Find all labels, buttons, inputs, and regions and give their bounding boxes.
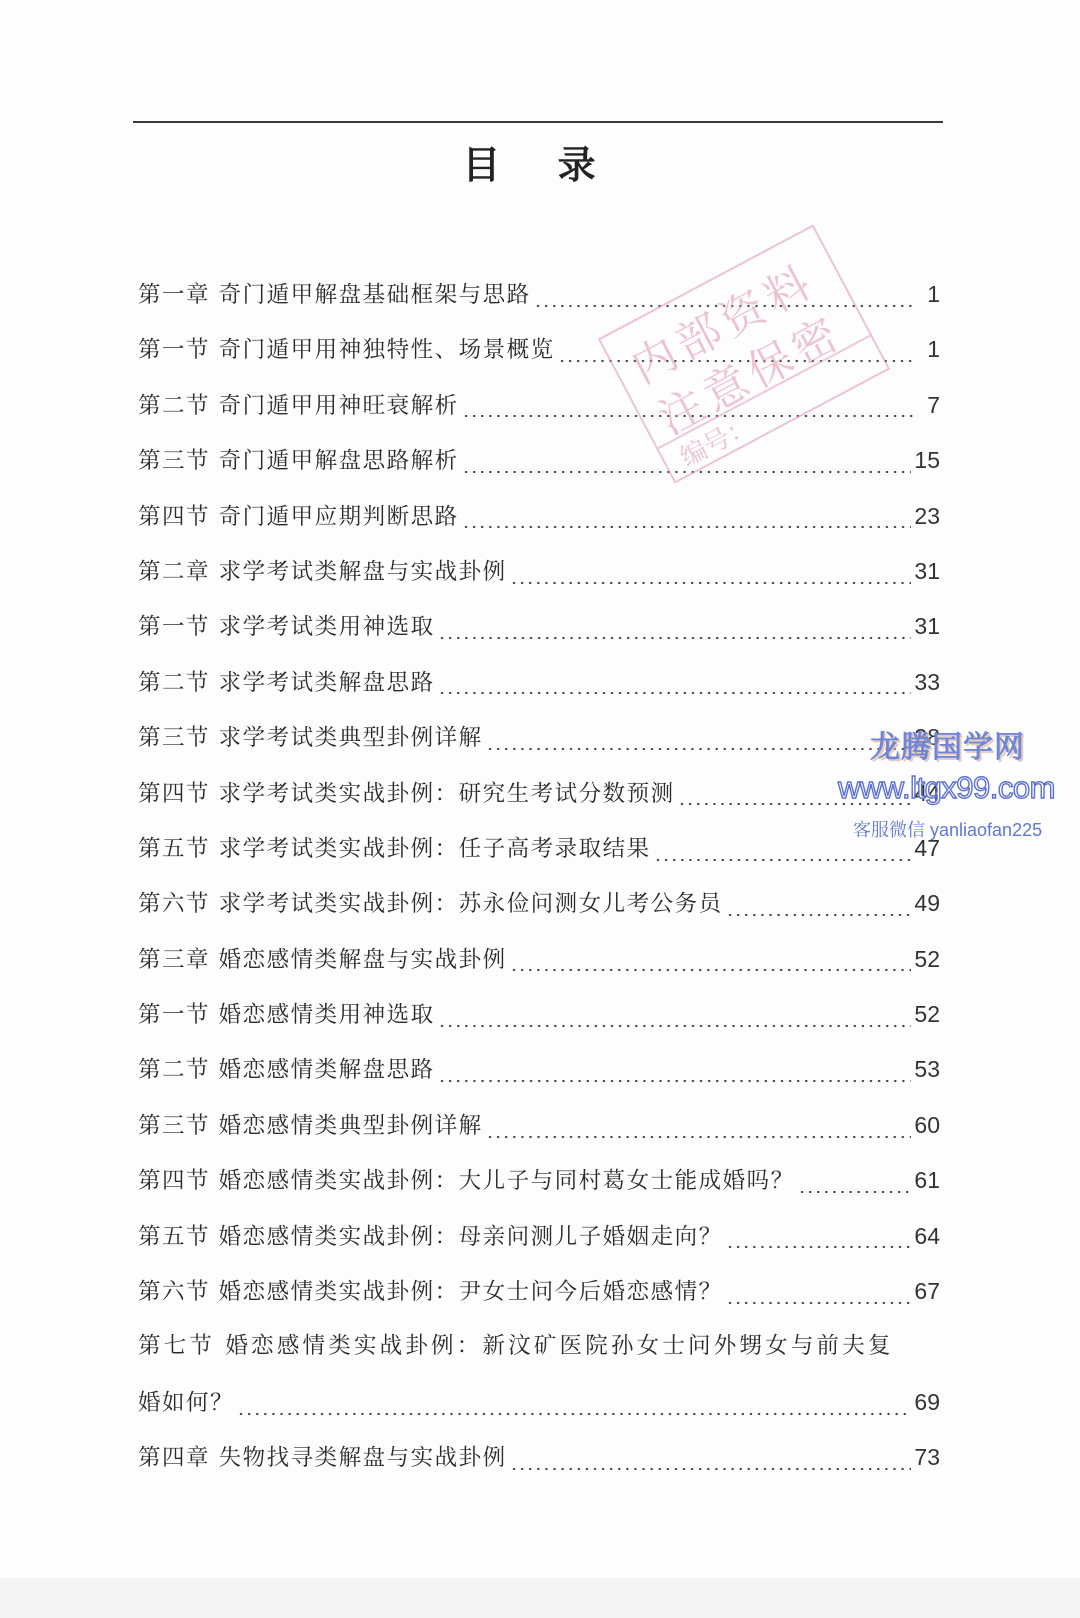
- toc-entry-title: 第四节 婚恋感情类实战卦例：大儿子与同村葛女士能成婚吗？: [138, 1163, 795, 1199]
- dot-leader: [558, 357, 917, 365]
- toc-entry-title: 第三节 奇门遁甲解盘思路解析: [138, 443, 459, 479]
- dot-leader: [237, 1410, 911, 1418]
- toc-entry-page-number: 60: [914, 1107, 940, 1143]
- toc-entry-title: 第三章 婚恋感情类解盘与实战卦例: [138, 942, 507, 978]
- dot-leader: [486, 745, 912, 753]
- toc-entry[interactable]: 第一节 求学考试类用神选取31: [138, 608, 940, 663]
- dot-leader: [654, 856, 912, 864]
- dot-leader: [438, 689, 912, 697]
- toc-entry[interactable]: 第二节 奇门遁甲用神旺衰解析7: [138, 387, 940, 442]
- toc-entry[interactable]: 第五节 求学考试类实战卦例：任子高考录取结果47: [138, 830, 940, 885]
- toc-entry-page-number: 47: [914, 830, 940, 866]
- table-of-contents: 第一章 奇门遁甲解盘基础框架与思路1第一节 奇门遁甲用神独特性、场景概览1第二节…: [138, 276, 940, 1495]
- toc-entry-page-number: 49: [914, 885, 940, 921]
- toc-entry[interactable]: 第二章 求学考试类解盘与实战卦例31: [138, 553, 940, 608]
- toc-entry-page-number: 52: [914, 996, 940, 1032]
- toc-entry[interactable]: 第三章 婚恋感情类解盘与实战卦例52: [138, 941, 940, 996]
- toc-entry-title: 第三节 求学考试类典型卦例详解: [138, 720, 483, 756]
- toc-entry-title: 第一节 奇门遁甲用神独特性、场景概览: [138, 332, 555, 368]
- toc-entry-title: 第五节 婚恋感情类实战卦例：母亲问测儿子婚姻走向？: [138, 1219, 723, 1255]
- toc-entry[interactable]: 第七节 婚恋感情类实战卦例：新汶矿医院孙女士问外甥女与前夫复: [138, 1328, 940, 1383]
- toc-entry-title: 第二章 求学考试类解盘与实战卦例: [138, 554, 507, 590]
- toc-entry-page-number: 7: [920, 387, 940, 423]
- dot-leader: [462, 523, 912, 531]
- dot-leader: [534, 302, 917, 310]
- toc-entry-page-number: 1: [920, 276, 940, 312]
- dot-leader: [462, 468, 912, 476]
- toc-entry[interactable]: 第三节 奇门遁甲解盘思路解析15: [138, 442, 940, 497]
- toc-entry-page-number: 1: [920, 331, 940, 367]
- toc-entry-page-number: 23: [914, 498, 940, 534]
- dot-leader: [486, 1133, 912, 1141]
- toc-entry[interactable]: 第一节 奇门遁甲用神独特性、场景概览1: [138, 331, 940, 386]
- dot-leader: [438, 634, 912, 642]
- dot-leader: [678, 800, 912, 808]
- toc-entry-title: 第三节 婚恋感情类典型卦例详解: [138, 1108, 483, 1144]
- dot-leader: [510, 1465, 912, 1473]
- toc-entry[interactable]: 第四节 奇门遁甲应期判断思路23: [138, 498, 940, 553]
- toc-entry-title: 第七节 婚恋感情类实战卦例：新汶矿医院孙女士问外甥女与前夫复: [138, 1328, 894, 1364]
- dot-leader: [726, 911, 912, 919]
- toc-entry-page-number: 44: [914, 775, 940, 811]
- toc-entry-page-number: 15: [914, 442, 940, 478]
- toc-entry-page-number: 53: [914, 1051, 940, 1087]
- toc-entry-title: 第二节 奇门遁甲用神旺衰解析: [138, 388, 459, 424]
- toc-entry-title: 婚如何？: [138, 1385, 234, 1421]
- toc-entry-page-number: 64: [914, 1218, 940, 1254]
- toc-entry-page-number: 38: [914, 719, 940, 755]
- toc-entry[interactable]: 第六节 婚恋感情类实战卦例：尹女士问今后婚恋感情？67: [138, 1273, 940, 1328]
- toc-entry-title: 第一节 婚恋感情类用神选取: [138, 997, 435, 1033]
- toc-entry[interactable]: 第四节 求学考试类实战卦例：研究生考试分数预测44: [138, 775, 940, 830]
- dot-leader: [462, 412, 917, 420]
- toc-entry-page-number: 69: [914, 1384, 940, 1420]
- toc-entry[interactable]: 第四章 失物找寻类解盘与实战卦例73: [138, 1439, 940, 1494]
- toc-entry-page-number: 31: [914, 608, 940, 644]
- toc-entry[interactable]: 第三节 求学考试类典型卦例详解38: [138, 719, 940, 774]
- dot-leader: [438, 1022, 912, 1030]
- toc-entry[interactable]: 第五节 婚恋感情类实战卦例：母亲问测儿子婚姻走向？64: [138, 1218, 940, 1273]
- toc-entry-title: 第四章 失物找寻类解盘与实战卦例: [138, 1440, 507, 1476]
- toc-entry[interactable]: 第二节 求学考试类解盘思路33: [138, 664, 940, 719]
- dot-leader: [438, 1077, 912, 1085]
- toc-entry[interactable]: 婚如何？69: [138, 1384, 940, 1439]
- dot-leader: [726, 1243, 912, 1251]
- toc-entry[interactable]: 第一节 婚恋感情类用神选取52: [138, 996, 940, 1051]
- toc-entry[interactable]: 第四节 婚恋感情类实战卦例：大儿子与同村葛女士能成婚吗？61: [138, 1162, 940, 1217]
- toc-entry-page-number: 67: [914, 1273, 940, 1309]
- toc-entry[interactable]: 第二节 婚恋感情类解盘思路53: [138, 1051, 940, 1106]
- toc-entry[interactable]: 第六节 求学考试类实战卦例：苏永俭问测女儿考公务员49: [138, 885, 940, 940]
- toc-entry-title: 第二节 婚恋感情类解盘思路: [138, 1052, 435, 1088]
- toc-entry-title: 第四节 求学考试类实战卦例：研究生考试分数预测: [138, 776, 675, 812]
- toc-entry-title: 第一节 求学考试类用神选取: [138, 609, 435, 645]
- toc-entry-page-number: 31: [914, 553, 940, 589]
- toc-entry-page-number: 73: [914, 1439, 940, 1475]
- toc-entry-title: 第五节 求学考试类实战卦例：任子高考录取结果: [138, 831, 651, 867]
- dot-leader: [726, 1299, 912, 1307]
- toc-entry-title: 第六节 婚恋感情类实战卦例：尹女士问今后婚恋感情？: [138, 1274, 723, 1310]
- toc-entry[interactable]: 第一章 奇门遁甲解盘基础框架与思路1: [138, 276, 940, 331]
- toc-entry-title: 第六节 求学考试类实战卦例：苏永俭问测女儿考公务员: [138, 886, 723, 922]
- dot-leader: [798, 1188, 912, 1196]
- toc-entry-title: 第四节 奇门遁甲应期判断思路: [138, 499, 459, 535]
- toc-entry-page-number: 52: [914, 941, 940, 977]
- toc-entry-title: 第一章 奇门遁甲解盘基础框架与思路: [138, 277, 531, 313]
- header-rule: [133, 121, 943, 123]
- page-bottom-edge: [0, 1578, 1080, 1618]
- toc-entry[interactable]: 第三节 婚恋感情类典型卦例详解60: [138, 1107, 940, 1162]
- dot-leader: [510, 579, 912, 587]
- toc-entry-page-number: 33: [914, 664, 940, 700]
- toc-entry-title: 第二节 求学考试类解盘思路: [138, 665, 435, 701]
- dot-leader: [510, 966, 912, 974]
- toc-entry-page-number: 61: [914, 1162, 940, 1198]
- page-title: 目 录: [0, 134, 1080, 189]
